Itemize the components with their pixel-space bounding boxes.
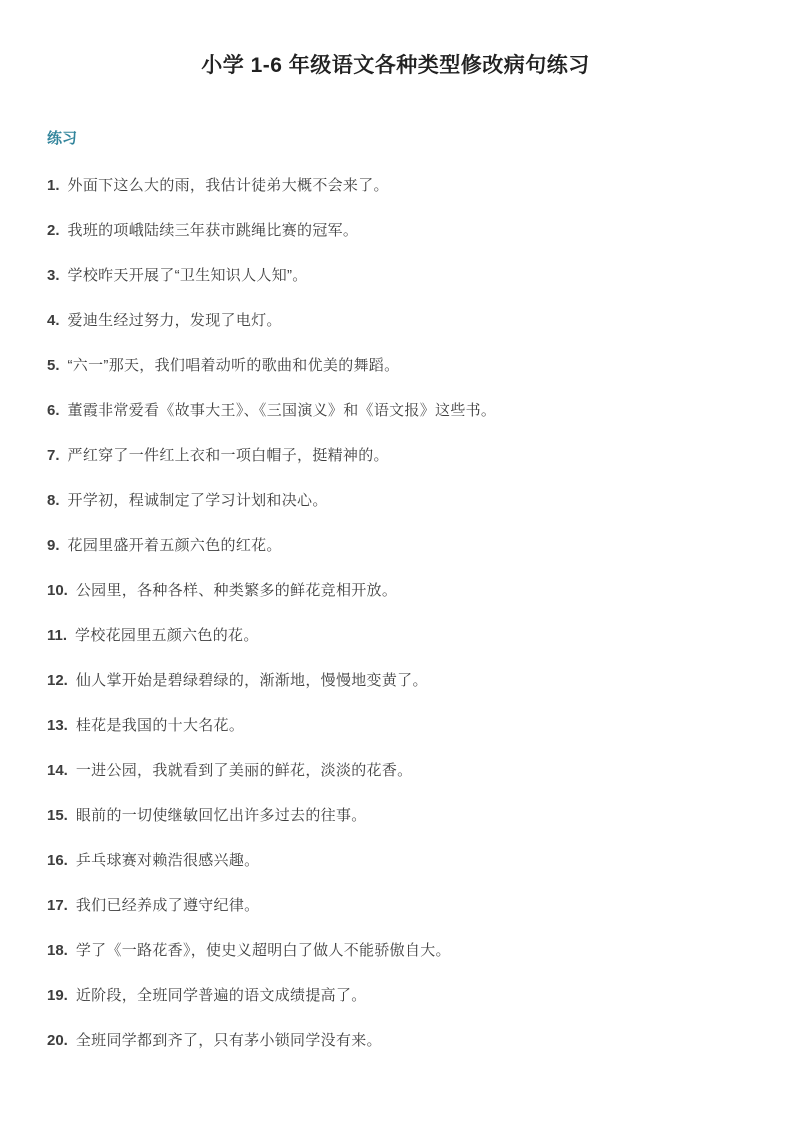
item-text: 全班同学都到齐了，只有茅小锁同学没有来。	[76, 1031, 382, 1050]
item-text: 董霞非常爱看《故事大王》、《三国演义》和《语文报》这些书。	[68, 401, 497, 420]
item-text: 严红穿了一件红上衣和一项白帽子，挺精神的。	[68, 446, 389, 465]
item-number: 17.	[47, 896, 68, 915]
item-text: 学校花园里五颜六色的花。	[75, 626, 259, 645]
list-item: 17. 我们已经养成了遵守纪律。	[47, 896, 744, 915]
list-item: 9. 花园里盛开着五颜六色的红花。	[47, 536, 744, 555]
item-number: 16.	[47, 851, 68, 870]
item-number: 1.	[47, 176, 60, 195]
list-item: 4. 爱迪生经过努力，发现了电灯。	[47, 311, 744, 330]
item-text: 仙人掌开始是碧绿碧绿的，渐渐地，慢慢地变黄了。	[76, 671, 428, 690]
item-number: 9.	[47, 536, 60, 555]
item-text: 一进公园，我就看到了美丽的鲜花，淡淡的花香。	[76, 761, 413, 780]
item-text: 桂花是我国的十大名花。	[76, 716, 244, 735]
list-item: 18. 学了《一路花香》，使史义超明白了做人不能骄傲自大。	[47, 941, 744, 960]
list-item: 10. 公园里，各种各样、种类繁多的鲜花竞相开放。	[47, 581, 744, 600]
item-number: 19.	[47, 986, 68, 1005]
list-item: 8. 开学初，程诚制定了学习计划和决心。	[47, 491, 744, 510]
item-text: 爱迪生经过努力，发现了电灯。	[68, 311, 282, 330]
item-text: 学校昨天开展了“卫生知识人人知”。	[68, 266, 308, 285]
item-text: “六一”那天，我们唱着动听的歌曲和优美的舞蹈。	[68, 356, 400, 375]
item-text: 近阶段，全班同学普遍的语文成绩提高了。	[76, 986, 367, 1005]
list-item: 15. 眼前的一切使继敏回忆出许多过去的往事。	[47, 806, 744, 825]
item-number: 6.	[47, 401, 60, 420]
item-number: 13.	[47, 716, 68, 735]
item-number: 7.	[47, 446, 60, 465]
list-item: 20. 全班同学都到齐了，只有茅小锁同学没有来。	[47, 1031, 744, 1050]
item-number: 2.	[47, 221, 60, 240]
list-item: 14. 一进公园，我就看到了美丽的鲜花，淡淡的花香。	[47, 761, 744, 780]
item-text: 眼前的一切使继敏回忆出许多过去的往事。	[76, 806, 367, 825]
page-title: 小学 1-6 年级语文各种类型修改病句练习	[47, 52, 744, 79]
list-item: 11. 学校花园里五颜六色的花。	[47, 626, 744, 645]
item-text: 公园里，各种各样、种类繁多的鲜花竞相开放。	[76, 581, 397, 600]
list-item: 1. 外面下这么大的雨，我估计徒弟大概不会来了。	[47, 176, 744, 195]
item-number: 10.	[47, 581, 68, 600]
list-item: 13. 桂花是我国的十大名花。	[47, 716, 744, 735]
list-item: 16. 乒乓球赛对赖浩很感兴趣。	[47, 851, 744, 870]
item-number: 8.	[47, 491, 60, 510]
item-number: 20.	[47, 1031, 68, 1050]
item-number: 3.	[47, 266, 60, 285]
item-text: 外面下这么大的雨，我估计徒弟大概不会来了。	[68, 176, 389, 195]
item-text: 我们已经养成了遵守纪律。	[76, 896, 260, 915]
item-number: 15.	[47, 806, 68, 825]
section-heading: 练习	[47, 129, 744, 148]
list-item: 7. 严红穿了一件红上衣和一项白帽子，挺精神的。	[47, 446, 744, 465]
list-item: 2. 我班的项峨陆续三年获市跳绳比赛的冠军。	[47, 221, 744, 240]
list-item: 12. 仙人掌开始是碧绿碧绿的，渐渐地，慢慢地变黄了。	[47, 671, 744, 690]
item-number: 4.	[47, 311, 60, 330]
document-page: 小学 1-6 年级语文各种类型修改病句练习 练习 1. 外面下这么大的雨，我估计…	[0, 0, 791, 1122]
item-text: 花园里盛开着五颜六色的红花。	[68, 536, 282, 555]
list-item: 19. 近阶段，全班同学普遍的语文成绩提高了。	[47, 986, 744, 1005]
item-text: 我班的项峨陆续三年获市跳绳比赛的冠军。	[68, 221, 359, 240]
list-item: 5. “六一”那天，我们唱着动听的歌曲和优美的舞蹈。	[47, 356, 744, 375]
item-number: 11.	[47, 626, 67, 645]
item-number: 18.	[47, 941, 68, 960]
item-number: 14.	[47, 761, 68, 780]
item-text: 开学初，程诚制定了学习计划和决心。	[68, 491, 328, 510]
exercise-list: 1. 外面下这么大的雨，我估计徒弟大概不会来了。 2. 我班的项峨陆续三年获市跳…	[47, 176, 744, 1050]
list-item: 6. 董霞非常爱看《故事大王》、《三国演义》和《语文报》这些书。	[47, 401, 744, 420]
item-text: 乒乓球赛对赖浩很感兴趣。	[76, 851, 260, 870]
item-number: 5.	[47, 356, 60, 375]
item-number: 12.	[47, 671, 68, 690]
item-text: 学了《一路花香》，使史义超明白了做人不能骄傲自大。	[76, 941, 451, 960]
list-item: 3. 学校昨天开展了“卫生知识人人知”。	[47, 266, 744, 285]
